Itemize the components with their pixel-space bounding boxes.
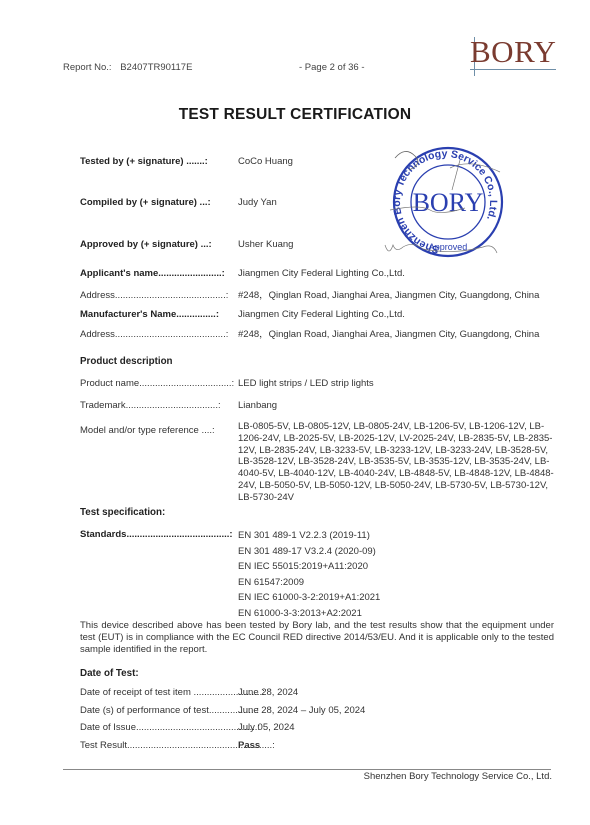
footer-divider bbox=[63, 769, 551, 770]
standard-item: EN IEC 61000-3-2:2019+A1:2021 bbox=[238, 590, 380, 606]
field-value: June 28, 2024 bbox=[238, 687, 298, 699]
page-title: TEST RESULT CERTIFICATION bbox=[0, 106, 590, 124]
signature-label: Tested by (+ signature) .......: bbox=[80, 156, 208, 168]
page-indicator: - Page 2 of 36 - bbox=[299, 62, 364, 73]
product-description-heading: Product description bbox=[80, 356, 173, 367]
signature-value: Usher Kuang bbox=[238, 239, 293, 251]
model-list: LB-0805-5V, LB-0805-12V, LB-0805-24V, LB… bbox=[238, 421, 558, 504]
test-specification-heading: Test specification: bbox=[80, 507, 165, 518]
field-label: Model and/or type reference ....: bbox=[80, 425, 215, 437]
standards-list: EN 301 489-1 V2.2.3 (2019-11) EN 301 489… bbox=[238, 528, 380, 622]
bory-logo: BORY bbox=[470, 36, 556, 68]
field-value: #248，Qinglan Road, Jianghai Area, Jiangm… bbox=[238, 290, 539, 302]
signature-label: Approved by (+ signature) ...: bbox=[80, 239, 212, 251]
field-label: Address.................................… bbox=[80, 290, 228, 302]
date-of-test-heading: Date of Test: bbox=[80, 668, 139, 679]
field-label: Product name............................… bbox=[80, 378, 234, 390]
signature-value: CoCo Huang bbox=[238, 156, 293, 168]
signature-value: Judy Yan bbox=[238, 197, 277, 209]
field-value: Lianbang bbox=[238, 400, 277, 412]
standard-item: EN IEC 55015:2019+A11:2020 bbox=[238, 559, 380, 575]
report-number-label: Report No.: bbox=[63, 62, 112, 73]
report-number-value: B2407TR90117E bbox=[120, 62, 192, 73]
field-value: July 05, 2024 bbox=[238, 722, 295, 734]
field-label: Date (s) of performance of test.........… bbox=[80, 705, 259, 717]
field-label: Standards...............................… bbox=[80, 529, 233, 541]
field-value: June 28, 2024 – July 05, 2024 bbox=[238, 705, 365, 717]
test-result-value: Pass bbox=[238, 740, 260, 752]
company-seal-stamp: Shenzhen Bory Technology Service Co., Lt… bbox=[380, 140, 510, 265]
field-label: Date of Issue...........................… bbox=[80, 722, 260, 734]
seal-center-text: BORY bbox=[413, 188, 484, 217]
compliance-statement: This device described above has been tes… bbox=[80, 620, 554, 655]
field-value: Jiangmen City Federal Lighting Co.,Ltd. bbox=[238, 268, 405, 280]
logo-rule-horizontal bbox=[470, 69, 556, 70]
field-label: Address.................................… bbox=[80, 329, 228, 341]
standard-item: EN 301 489-17 V3.2.4 (2020-09) bbox=[238, 544, 380, 560]
field-value: #248，Qinglan Road, Jianghai Area, Jiangm… bbox=[238, 329, 539, 341]
field-label: Manufacturer's Name...............: bbox=[80, 309, 219, 321]
footer-company: Shenzhen Bory Technology Service Co., Lt… bbox=[364, 771, 552, 782]
signature-label: Compiled by (+ signature) ...: bbox=[80, 197, 211, 209]
report-number: Report No.: B2407TR90117E bbox=[63, 62, 192, 73]
standard-item: EN 301 489-1 V2.2.3 (2019-11) bbox=[238, 528, 380, 544]
field-label: Applicant's name........................… bbox=[80, 268, 225, 280]
field-label: Trademark...............................… bbox=[80, 400, 221, 412]
field-value: LED light strips / LED strip lights bbox=[238, 378, 374, 390]
standard-item: EN 61547:2009 bbox=[238, 575, 380, 591]
field-value: Jiangmen City Federal Lighting Co.,Ltd. bbox=[238, 309, 405, 321]
